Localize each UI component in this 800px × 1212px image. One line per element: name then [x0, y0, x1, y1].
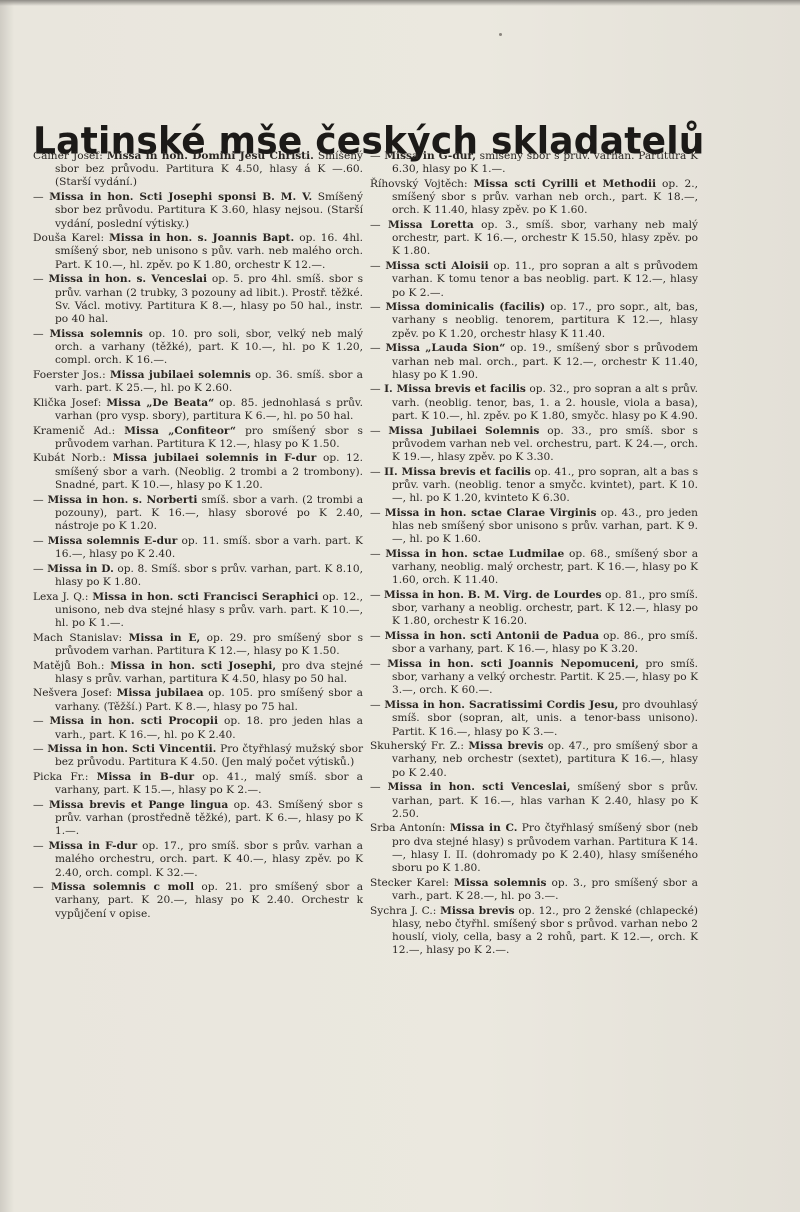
right-column: — Missa in G-dur, smíšený sbor s prův. v… [370, 150, 698, 959]
catalog-entry: Douša Karel: Missa in hon. s. Joannis Ba… [33, 232, 363, 272]
continuation-dash: — [370, 781, 381, 793]
catalog-entry: — Missa in hon. s. Venceslai op. 5. pro … [33, 273, 363, 326]
continuation-dash: — [33, 535, 44, 547]
mass-title: Missa solemnis [454, 877, 547, 889]
catalog-entry: Srba Antonín: Missa in C. Pro čtyřhlasý … [370, 822, 698, 875]
continuation-dash: — [370, 699, 381, 711]
entry-description: op. 12., pro 2 ženské (chlapecké) hlasy,… [392, 905, 698, 957]
mass-title: Missa jubilaea [117, 687, 204, 699]
mass-title: Missa in hon. Domini Jesu Christi. [107, 150, 314, 162]
mass-title: Missa Loretta [388, 219, 474, 231]
continuation-dash: — [370, 658, 381, 670]
mass-title: Missa in hon. s. Joannis Bapt. [109, 232, 294, 244]
composer-name: Kubát Norb.: [33, 452, 106, 464]
continuation-dash: — [33, 191, 44, 203]
composer-name: Srba Antonín: [370, 822, 445, 834]
catalog-entry: Sychra J. C.: Missa brevis op. 12., pro … [370, 905, 698, 958]
continuation-dash: — [370, 383, 381, 395]
mass-title: Missa in hon. scti Procopii [50, 715, 218, 727]
mass-title: Missa brevis [440, 905, 515, 917]
continuation-dash: — [370, 425, 381, 437]
catalog-entry: — Missa in hon. Scti Josephi sponsi B. M… [33, 191, 363, 231]
mass-title: Missa „Lauda Sion“ [385, 342, 505, 354]
composer-name: Douša Karel: [33, 232, 104, 244]
catalog-entry: — II. Missa brevis et facilis op. 41., p… [370, 466, 698, 506]
composer-name: Cainer Josef: [33, 150, 103, 162]
mass-title: Missa Jubilaei Solemnis [388, 425, 539, 437]
catalog-entry: — Missa in hon. sctae Clarae Virginis op… [370, 507, 698, 547]
continuation-dash: — [370, 548, 381, 560]
catalog-entry: — Missa solemnis op. 10. pro soli, sbor,… [33, 328, 363, 368]
catalog-entry: Stecker Karel: Missa solemnis op. 3., pr… [370, 877, 698, 903]
catalog-entry: — Missa Jubilaei Solemnis op. 33., pro s… [370, 425, 698, 465]
scan-edge-shadow [0, 0, 800, 6]
catalog-entry: — I. Missa brevis et facilis op. 32., pr… [370, 383, 698, 423]
catalog-entry: — Missa in hon. scti Antonii de Padua op… [370, 630, 698, 656]
catalog-entry: Foerster Jos.: Missa jubilaei solemnis o… [33, 369, 363, 395]
scanned-page: Latinské mše českých skladatelů Cainer J… [0, 0, 800, 1212]
continuation-dash: — [370, 630, 381, 642]
catalog-entry: Kubát Norb.: Missa jubilaei solemnis in … [33, 452, 363, 492]
catalog-entry: Cainer Josef: Missa in hon. Domini Jesu … [33, 150, 363, 190]
catalog-entry: — Missa in F-dur op. 17., pro smíš. sbor… [33, 840, 363, 880]
mass-title: I. Missa brevis et facilis [384, 383, 526, 395]
composer-name: Kramenič Ad.: [33, 425, 115, 437]
catalog-entry: — Missa in hon. scti Joannis Nepomuceni,… [370, 658, 698, 698]
composer-name: Klička Josef: [33, 397, 101, 409]
continuation-dash: — [33, 743, 44, 755]
mass-title: Missa in B-dur [97, 771, 194, 783]
continuation-dash: — [33, 799, 44, 811]
mass-title: Missa in G-dur, [384, 150, 476, 162]
composer-name: Nešvera Josef: [33, 687, 112, 699]
mass-title: Missa in hon. scti Venceslai, [388, 781, 571, 793]
catalog-entry: Klička Josef: Missa „De Beata“ op. 85. j… [33, 397, 363, 423]
catalog-entry: Matějů Boh.: Missa in hon. scti Josephi,… [33, 660, 363, 686]
mass-title: Missa „De Beata“ [106, 397, 214, 409]
mass-title: Missa in hon. scti Josephi, [110, 660, 276, 672]
mass-title: Missa in hon. s. Norberti [48, 494, 198, 506]
catalog-entry: — Missa in hon. scti Venceslai, smíšený … [370, 781, 698, 821]
catalog-entry: — Missa in G-dur, smíšený sbor s prův. v… [370, 150, 698, 176]
composer-name: Picka Fr.: [33, 771, 89, 783]
catalog-entry: — Missa brevis et Pange lingua op. 43. S… [33, 799, 363, 839]
catalog-entry: — Missa in hon. B. M. Virg. de Lourdes o… [370, 589, 698, 629]
composer-name: Lexa J. Q.: [33, 591, 88, 603]
mass-title: Missa in hon. scti Antonii de Padua [385, 630, 599, 642]
catalog-entry: — Missa Loretta op. 3., smíš. sbor, varh… [370, 219, 698, 259]
catalog-entry: — Missa „Lauda Sion“ op. 19., smíšený sb… [370, 342, 698, 382]
continuation-dash: — [33, 840, 44, 852]
catalog-entry: Mach Stanislav: Missa in E, op. 29. pro … [33, 632, 363, 658]
continuation-dash: — [370, 260, 381, 272]
mass-title: Missa in F-dur [48, 840, 137, 852]
catalog-entry: Kramenič Ad.: Missa „Confiteor“ pro smíš… [33, 425, 363, 451]
mass-title: Missa in hon. B. M. Virg. de Lourdes [384, 589, 602, 601]
continuation-dash: — [33, 563, 44, 575]
mass-title: Missa brevis et Pange lingua [49, 799, 228, 811]
composer-name: Matějů Boh.: [33, 660, 105, 672]
continuation-dash: — [370, 466, 381, 478]
catalog-entry: — Missa in hon. scti Procopii op. 18. pr… [33, 715, 363, 741]
continuation-dash: — [33, 494, 44, 506]
mass-title: Missa solemnis [49, 328, 142, 340]
mass-title: Missa in hon. Scti Josephi sponsi B. M. … [49, 191, 312, 203]
mass-title: Missa scti Aloisii [385, 260, 488, 272]
catalog-entry: Říhovský Vojtěch: Missa scti Cyrilli et … [370, 178, 698, 218]
mass-title: Missa „Confiteor“ [124, 425, 236, 437]
mass-title: Missa in hon. Sacratissimi Cordis Jesu, [384, 699, 618, 711]
catalog-entry: — Missa solemnis E-dur op. 11. smíš. sbo… [33, 535, 363, 561]
catalog-entry: Nešvera Josef: Missa jubilaea op. 105. p… [33, 687, 363, 713]
catalog-entry: — Missa solemnis c moll op. 21. pro smíš… [33, 881, 363, 921]
mass-title: Missa in D. [47, 563, 114, 575]
catalog-entry: — Missa scti Aloisii op. 11., pro sopran… [370, 260, 698, 300]
continuation-dash: — [370, 507, 381, 519]
continuation-dash: — [370, 150, 381, 162]
continuation-dash: — [33, 715, 44, 727]
continuation-dash: — [33, 328, 44, 340]
left-column: Cainer Josef: Missa in hon. Domini Jesu … [33, 150, 363, 922]
catalog-entry: — Missa in D. op. 8. Smíš. sbor s prův. … [33, 563, 363, 589]
catalog-entry: — Missa dominicalis (facilis) op. 17., p… [370, 301, 698, 341]
composer-name: Říhovský Vojtěch: [370, 178, 468, 190]
mass-title: Missa in hon. scti Francisci Seraphici [92, 591, 318, 603]
mass-title: Missa solemnis c moll [51, 881, 194, 893]
composer-name: Mach Stanislav: [33, 632, 122, 644]
composer-name: Foerster Jos.: [33, 369, 106, 381]
mass-title: II. Missa brevis et facilis [384, 466, 531, 478]
paper-speck [499, 33, 502, 36]
mass-title: Missa in hon. sctae Clarae Virginis [385, 507, 597, 519]
mass-title: Missa brevis [468, 740, 543, 752]
catalog-entry: — Missa in hon. sctae Ludmilae op. 68., … [370, 548, 698, 588]
mass-title: Missa in hon. scti Joannis Nepomuceni, [387, 658, 638, 670]
composer-name: Stecker Karel: [370, 877, 449, 889]
catalog-entry: — Missa in hon. Sacratissimi Cordis Jesu… [370, 699, 698, 739]
mass-title: Missa in E, [129, 632, 201, 644]
continuation-dash: — [33, 881, 44, 893]
continuation-dash: — [370, 219, 381, 231]
mass-title: Missa solemnis E-dur [48, 535, 178, 547]
mass-title: Missa in hon. Scti Vincentii. [47, 743, 216, 755]
mass-title: Missa in hon. s. Venceslai [48, 273, 207, 285]
catalog-entry: — Missa in hon. s. Norberti smíš. sbor a… [33, 494, 363, 534]
continuation-dash: — [370, 301, 381, 313]
mass-title: Missa scti Cyrilli et Methodii [474, 178, 657, 190]
mass-title: Missa jubilaei solemnis [110, 369, 251, 381]
composer-name: Sychra J. C.: [370, 905, 436, 917]
mass-title: Missa in hon. sctae Ludmilae [385, 548, 564, 560]
catalog-entry: Lexa J. Q.: Missa in hon. scti Francisci… [33, 591, 363, 631]
mass-title: Missa dominicalis (facilis) [386, 301, 546, 313]
catalog-entry: — Missa in hon. Scti Vincentii. Pro čtyř… [33, 743, 363, 769]
mass-title: Missa in C. [450, 822, 518, 834]
continuation-dash: — [370, 342, 381, 354]
catalog-entry: Skuherský Fr. Z.: Missa brevis op. 47., … [370, 740, 698, 780]
mass-title: Missa jubilaei solemnis in F-dur [113, 452, 317, 464]
continuation-dash: — [33, 273, 44, 285]
continuation-dash: — [370, 589, 381, 601]
composer-name: Skuherský Fr. Z.: [370, 740, 464, 752]
catalog-entry: Picka Fr.: Missa in B-dur op. 41., malý … [33, 771, 363, 797]
